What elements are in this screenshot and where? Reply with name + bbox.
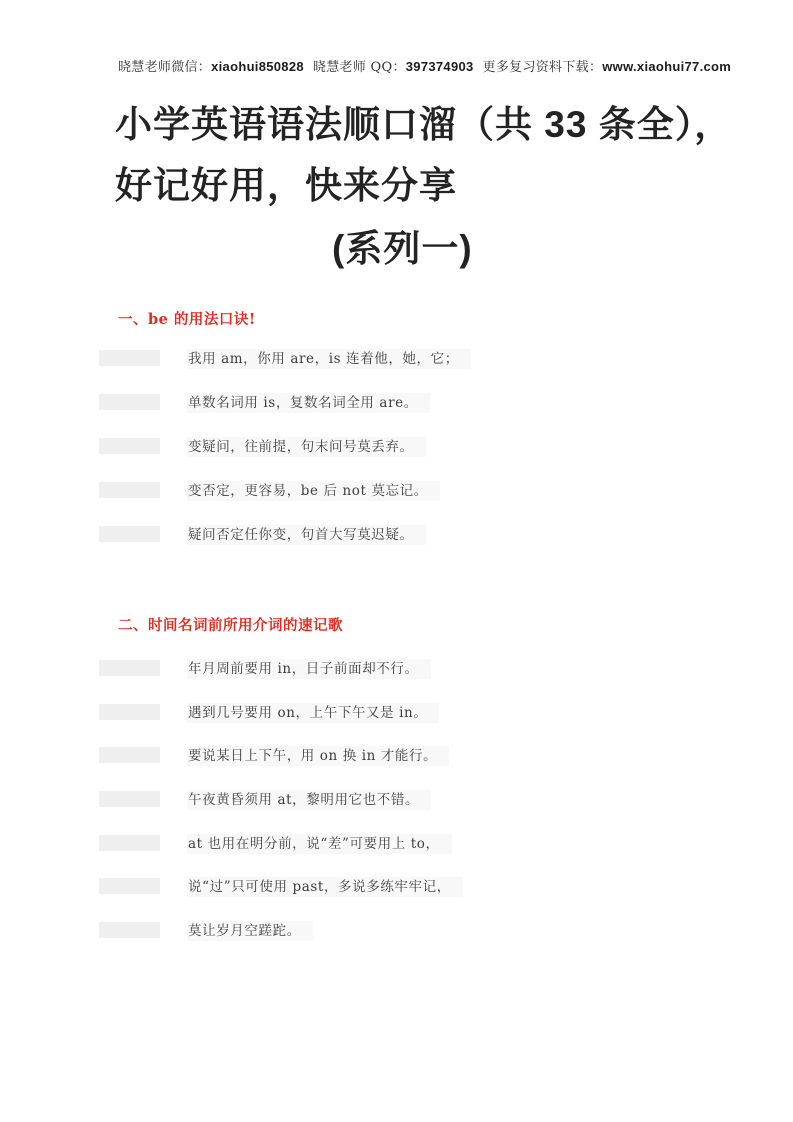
indent-highlight-box — [99, 922, 160, 938]
rhyme-line: 说“过”只可使用 past，多说多练牢牢记， — [99, 878, 463, 897]
rhyme-line-text: at 也用在明分前，说“差”可要用上 to， — [187, 834, 452, 854]
rhyme-line: 单数名词用 is，复数名词全用 are。 — [99, 394, 430, 413]
rhyme-line: at 也用在明分前，说“差”可要用上 to， — [99, 835, 452, 854]
download-label: 更多复习资料下载： — [483, 60, 603, 75]
document-page: { "header": { "wechat_label": "晓慧老师微信：",… — [0, 0, 793, 1122]
rhyme-line-text: 要说某日上下午，用 on 换 in 才能行。 — [187, 746, 449, 766]
rhyme-line: 要说某日上下午，用 on 换 in 才能行。 — [99, 747, 449, 766]
page-header-contact-line: 晓慧老师微信：xiaohui850828晓慧老师 QQ：397374903更多复… — [118, 56, 731, 75]
document-title-line-3: (系列一) — [332, 227, 793, 271]
document-title-line-1: 小学英语语法顺口溜（共 33 条全）， — [115, 103, 755, 147]
rhyme-line: 午夜黄昏须用 at，黎明用它也不错。 — [99, 791, 431, 810]
indent-highlight-box — [99, 350, 160, 366]
indent-highlight-box — [99, 835, 160, 851]
rhyme-line-text: 变疑问，往前提，句末问号莫丢弃。 — [187, 437, 426, 457]
wechat-label: 晓慧老师微信： — [118, 60, 211, 75]
indent-highlight-box — [99, 438, 160, 454]
rhyme-line: 疑问否定任你变，句首大写莫迟疑。 — [99, 526, 426, 545]
document-title-line-2: 好记好用，快来分享 — [115, 164, 755, 208]
rhyme-line-text: 遇到几号要用 on，上午下午又是 in。 — [187, 703, 439, 723]
rhyme-line: 变否定，更容易，be 后 not 莫忘记。 — [99, 482, 440, 501]
rhyme-line: 莫让岁月空蹉跎。 — [99, 922, 313, 941]
indent-highlight-box — [99, 394, 160, 410]
qq-label: 晓慧老师 QQ： — [313, 60, 406, 75]
section-heading: 一、be 的用法口诀! — [118, 310, 256, 329]
rhyme-line: 遇到几号要用 on，上午下午又是 in。 — [99, 704, 439, 723]
rhyme-line-text: 单数名词用 is，复数名词全用 are。 — [187, 393, 430, 413]
indent-highlight-box — [99, 704, 160, 720]
rhyme-line-text: 我用 am，你用 are，is 连着他，她，它； — [187, 349, 471, 369]
section-heading: 二、时间名词前所用介词的速记歌 — [118, 616, 343, 635]
rhyme-line-text: 疑问否定任你变，句首大写莫迟疑。 — [187, 525, 426, 545]
qq-number: 397374903 — [406, 59, 474, 74]
indent-highlight-box — [99, 747, 160, 763]
indent-highlight-box — [99, 791, 160, 807]
rhyme-line: 年月周前要用 in，日子前面却不行。 — [99, 660, 431, 679]
indent-highlight-box — [99, 660, 160, 676]
indent-highlight-box — [99, 526, 160, 542]
indent-highlight-box — [99, 482, 160, 498]
rhyme-line-text: 莫让岁月空蹉跎。 — [187, 921, 313, 941]
rhyme-line-text: 变否定，更容易，be 后 not 莫忘记。 — [187, 481, 440, 501]
rhyme-line: 变疑问，往前提，句末问号莫丢弃。 — [99, 438, 426, 457]
rhyme-line-text: 午夜黄昏须用 at，黎明用它也不错。 — [187, 790, 431, 810]
download-url: www.xiaohui77.com — [602, 59, 731, 74]
rhyme-line: 我用 am，你用 are，is 连着他，她，它； — [99, 350, 471, 369]
rhyme-line-text: 说“过”只可使用 past，多说多练牢牢记， — [187, 877, 463, 897]
rhyme-line-text: 年月周前要用 in，日子前面却不行。 — [187, 659, 431, 679]
wechat-id: xiaohui850828 — [211, 59, 304, 74]
indent-highlight-box — [99, 878, 160, 894]
